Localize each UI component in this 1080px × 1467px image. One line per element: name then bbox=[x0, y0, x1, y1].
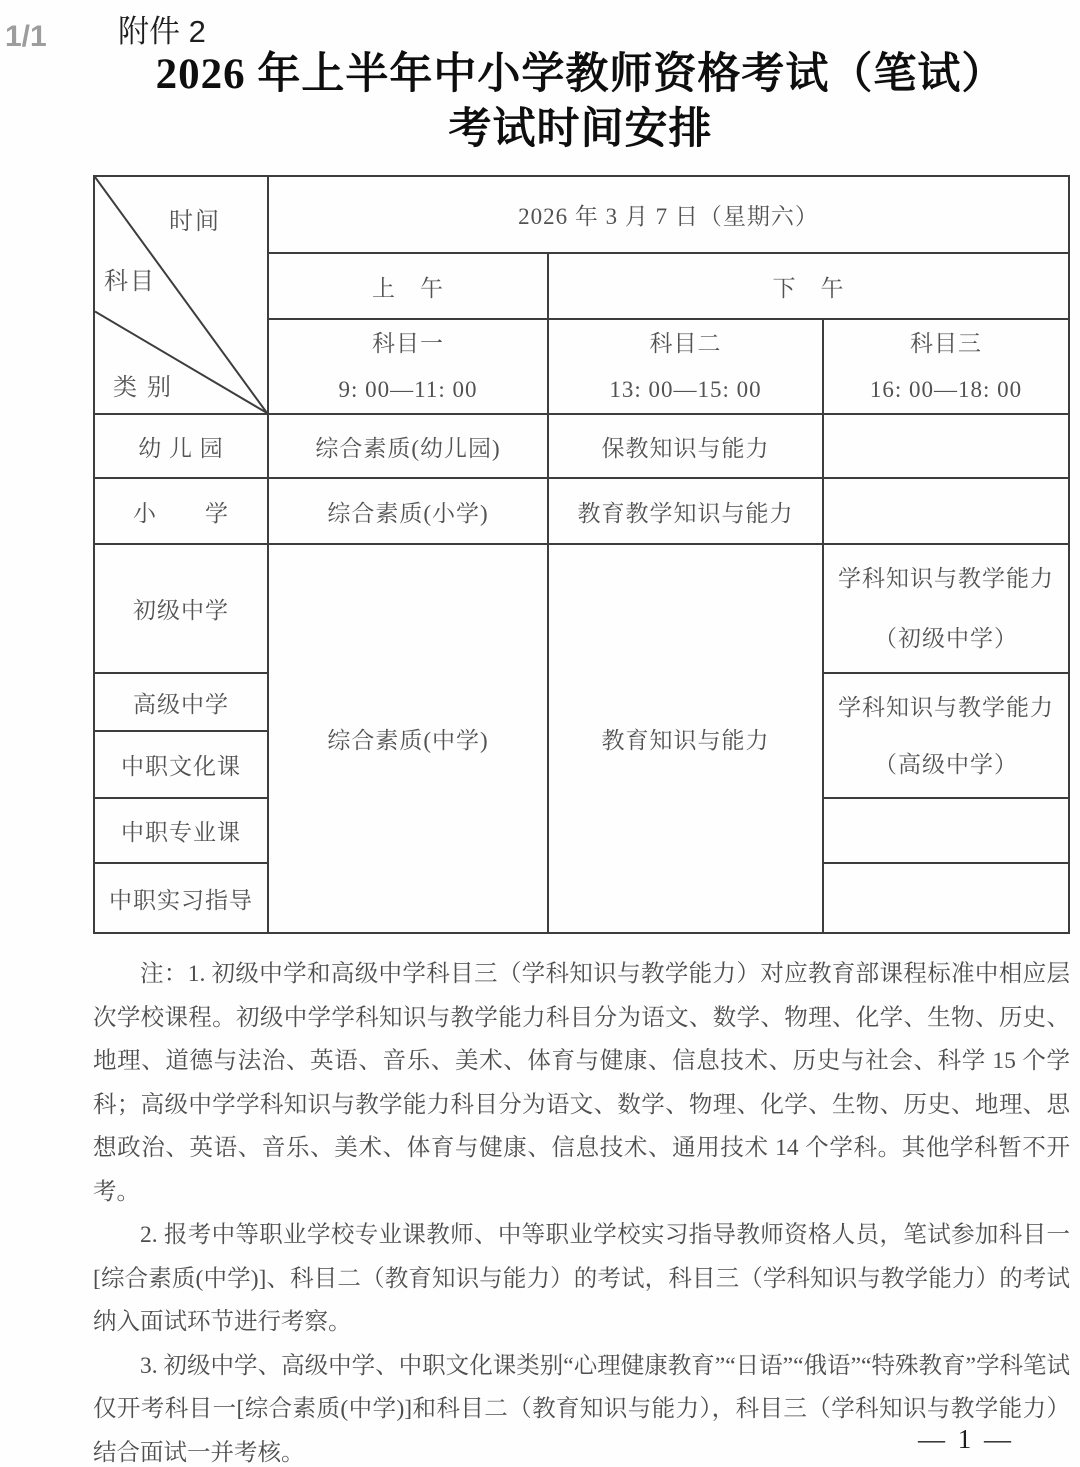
title-line-1: 2026 年上半年中小学教师资格考试（笔试） bbox=[156, 51, 1006, 98]
subject1-header-cell: 科目一 9: 00—11: 00 bbox=[268, 319, 548, 414]
empty-cell bbox=[823, 863, 1069, 933]
cell-junior-subject3: 学科知识与教学能力 （初级中学） bbox=[823, 544, 1069, 673]
cell-kindergarten-subject1: 综合素质(幼儿园) bbox=[268, 414, 548, 478]
table-row: 幼 儿 园 综合素质(幼儿园) 保教知识与能力 bbox=[94, 414, 1069, 478]
table-row: 小 学 综合素质(小学) 教育教学知识与能力 bbox=[94, 478, 1069, 544]
subject3-header-cell: 科目三 16: 00—18: 00 bbox=[823, 319, 1069, 414]
category-cell-secondary-professional: 中职专业课 bbox=[94, 798, 268, 863]
cell-primary-subject1: 综合素质(小学) bbox=[268, 478, 548, 544]
category-cell-senior: 高级中学 bbox=[94, 673, 268, 731]
corner-header-cell: 时间 科目 类 别 bbox=[94, 176, 268, 414]
subject2-time: 13: 00—15: 00 bbox=[549, 367, 822, 413]
cell-senior-subject3-line1: 学科知识与教学能力 bbox=[824, 679, 1068, 736]
session-morning-cell: 上 午 bbox=[268, 253, 548, 319]
subject2-name: 科目二 bbox=[549, 321, 822, 367]
subject1-time: 9: 00—11: 00 bbox=[269, 367, 547, 413]
cell-senior-subject3: 学科知识与教学能力 （高级中学） bbox=[823, 673, 1069, 798]
corner-label-subject: 科目 bbox=[104, 261, 156, 296]
document-page: 1/1 附件 2 2026 年上半年中小学教师资格考试（笔试）考试时间安排 时间… bbox=[0, 0, 1080, 1467]
subject3-name: 科目三 bbox=[824, 321, 1068, 367]
category-cell-secondary-culture: 中职文化课 bbox=[94, 731, 268, 798]
category-cell-secondary-internship: 中职实习指导 bbox=[94, 863, 268, 933]
category-cell-junior: 初级中学 bbox=[94, 544, 268, 673]
category-cell-kindergarten: 幼 儿 园 bbox=[94, 414, 268, 478]
page-number: — 1 — bbox=[918, 1424, 1014, 1455]
note-2: 2. 报考中等职业学校专业课教师、中等职业学校实习指导教师资格人员，笔试参加科目… bbox=[93, 1214, 1070, 1345]
cell-junior-subject3-line1: 学科知识与教学能力 bbox=[824, 549, 1068, 609]
table-row: 时间 科目 类 别 2026 年 3 月 7 日（星期六） bbox=[94, 176, 1069, 253]
subject1-name: 科目一 bbox=[269, 321, 547, 367]
cell-merged-subject2: 教育知识与能力 bbox=[548, 544, 823, 933]
corner-label-category: 类 别 bbox=[113, 367, 173, 402]
corner-label-time: 时间 bbox=[169, 201, 221, 236]
cell-primary-subject2: 教育教学知识与能力 bbox=[548, 478, 823, 544]
notes-section: 注：1. 初级中学和高级中学科目三（学科知识与教学能力）对应教育部课程标准中相应… bbox=[93, 953, 1070, 1467]
cell-kindergarten-subject2: 保教知识与能力 bbox=[548, 414, 823, 478]
subject2-header-cell: 科目二 13: 00—15: 00 bbox=[548, 319, 823, 414]
session-afternoon-cell: 下 午 bbox=[548, 253, 1069, 319]
document-title: 2026 年上半年中小学教师资格考试（笔试）考试时间安排 bbox=[93, 47, 1068, 157]
cell-merged-subject1: 综合素质(中学) bbox=[268, 544, 548, 933]
page-indicator: 1/1 bbox=[5, 20, 47, 54]
category-cell-primary: 小 学 bbox=[94, 478, 268, 544]
empty-cell bbox=[823, 798, 1069, 863]
empty-cell bbox=[823, 414, 1069, 478]
attachment-label: 附件 2 bbox=[118, 6, 206, 51]
date-header-cell: 2026 年 3 月 7 日（星期六） bbox=[268, 176, 1069, 253]
note-1: 注：1. 初级中学和高级中学科目三（学科知识与教学能力）对应教育部课程标准中相应… bbox=[93, 953, 1070, 1214]
empty-cell bbox=[823, 478, 1069, 544]
table-row: 初级中学 综合素质(中学) 教育知识与能力 学科知识与教学能力 （初级中学） bbox=[94, 544, 1069, 673]
subject3-time: 16: 00—18: 00 bbox=[824, 367, 1068, 413]
cell-junior-subject3-line2: （初级中学） bbox=[824, 609, 1068, 669]
exam-schedule-table: 时间 科目 类 别 2026 年 3 月 7 日（星期六） 上 午 下 午 科目… bbox=[93, 175, 1070, 934]
cell-senior-subject3-line2: （高级中学） bbox=[824, 736, 1068, 793]
title-line-2: 考试时间安排 bbox=[449, 106, 713, 153]
